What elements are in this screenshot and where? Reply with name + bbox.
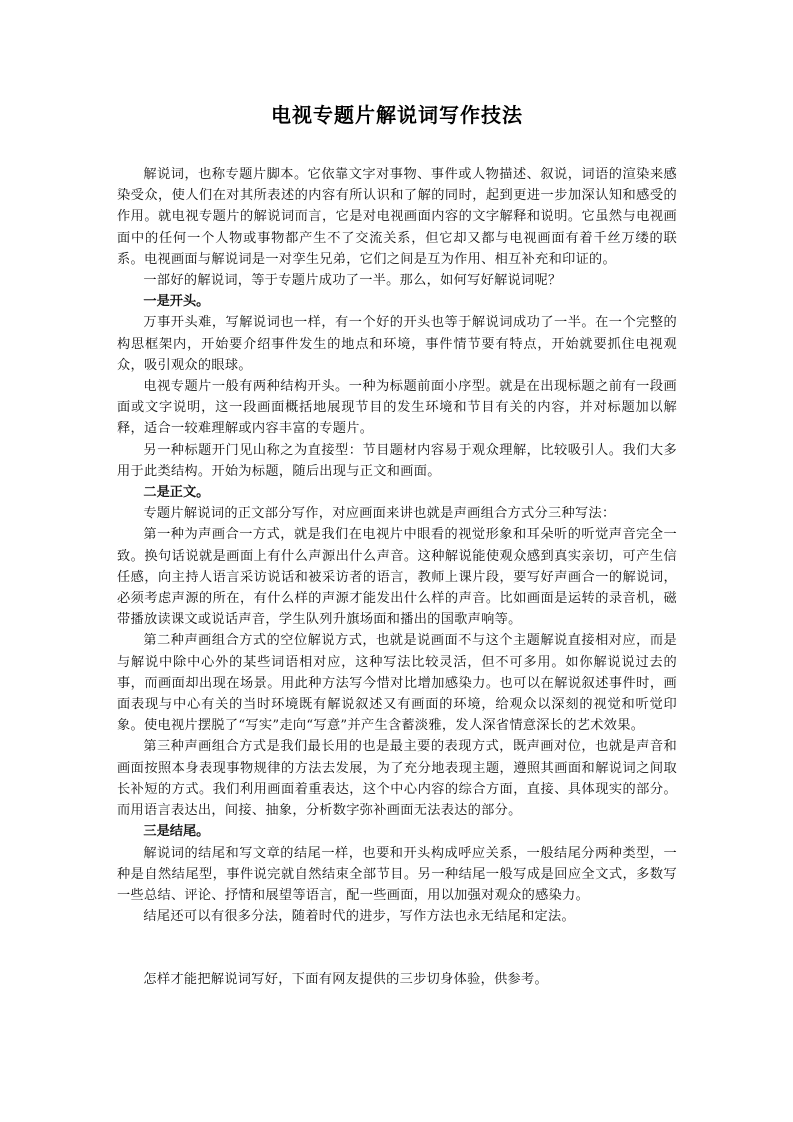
paragraph-question: 一部好的解说词，等于专题片成功了一半。那么，如何写好解说词呢？ [117, 270, 677, 291]
paragraph-opening-3: 另一种标题开门见山称之为直接型：节目题材内容易于观众理解，比较吸引人。我们大多用… [117, 440, 677, 482]
heading-opening: 一是开头。 [117, 291, 677, 312]
paragraph-body-3: 第二种声画组合方式的空位解说方式，也就是说画面不与这个主题解说直接相对应，而是与… [117, 630, 677, 736]
paragraph-ending-1: 解说词的结尾和写文章的结尾一样，也要和开头构成呼应关系，一般结尾分两种类型，一种… [117, 843, 677, 907]
paragraph-ending-2: 结尾还可以有很多分法，随着时代的进步，写作方法也永无结尾和定法。 [117, 906, 677, 927]
paragraph-opening-2: 电视专题片一般有两种结构开头。一种为标题前面小序型。就是在出现标题之前有一段画面… [117, 376, 677, 440]
paragraph-body-2: 第一种为声画合一方式，就是我们在电视片中眼看的视觉形象和耳朵听的听觉声音完全一致… [117, 524, 677, 630]
document-page: 电视专题片解说词写作技法 解说词，也称专题片脚本。它依靠文字对事物、事件或人物描… [117, 100, 677, 991]
paragraph-closing: 怎样才能把解说词写好，下面有网友提供的三步切身体验，供参考。 [117, 969, 677, 990]
heading-body: 二是正文。 [117, 482, 677, 503]
paragraph-body-1: 专题片解说词的正文部分写作，对应画面来讲也就是声画组合方式分三种写法： [117, 503, 677, 524]
spacer [117, 927, 677, 969]
paragraph-opening-1: 万事开头难，写解说词也一样，有一个好的开头也等于解说词成功了一半。在一个完整的构… [117, 312, 677, 376]
paragraph-body-4: 第三种声画组合方式是我们最长用的也是最主要的表现方式，既声画对位，也就是声音和画… [117, 736, 677, 821]
paragraph-intro: 解说词，也称专题片脚本。它依靠文字对事物、事件或人物描述、叙说，词语的渲染来感染… [117, 164, 677, 270]
heading-ending: 三是结尾。 [117, 821, 677, 842]
document-title: 电视专题片解说词写作技法 [117, 100, 677, 130]
